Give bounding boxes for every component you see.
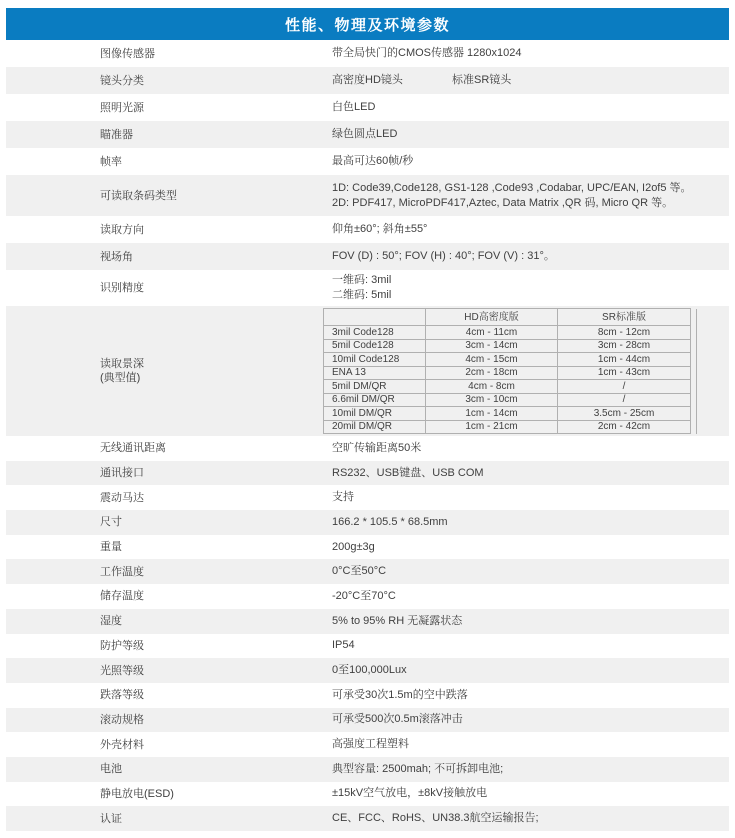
section-header-title: 性能、物理及环境参数 xyxy=(6,8,729,40)
depth-table-row: ENA 132cm - 18cm1cm - 43cm xyxy=(324,366,697,380)
spec-value: 166.2 * 105.5 * 68.5mm xyxy=(332,515,729,530)
spec-row: 视场角FOV (D) : 50°; FOV (H) : 40°; FOV (V)… xyxy=(6,243,729,270)
spec-value: 仰角±60°; 斜角±55° xyxy=(332,222,729,237)
spec-row: 跌落等级可承受30次1.5m的空中跌落 xyxy=(6,683,729,708)
spec-value: RS232、USB键盘、USB COM xyxy=(332,466,729,481)
depth-table-row: 6.6mil DM/QR3cm - 10cm/ xyxy=(324,393,697,407)
depth-table-cell: 3.5cm - 25cm xyxy=(558,407,691,421)
spec-value: 支持 xyxy=(332,490,729,505)
spec-label: 防护等级 xyxy=(6,639,332,653)
spec-label: 读取方向 xyxy=(6,223,332,237)
depth-table-row: 5mil Code1283cm - 14cm3cm - 28cm xyxy=(324,339,697,353)
depth-table-cell: 10mil Code128 xyxy=(324,353,426,367)
spec-row: 可读取条码类型1D: Code39,Code128, GS1-128 ,Code… xyxy=(6,175,729,216)
spec-label: 尺寸 xyxy=(6,515,332,529)
depth-table-cell: 2cm - 18cm xyxy=(426,366,558,380)
depth-table-cell: 6.6mil DM/QR xyxy=(324,393,426,407)
depth-table-cell: / xyxy=(558,380,691,394)
depth-table-spacer-cell xyxy=(691,366,697,380)
depth-of-field-table: HD高密度版SR标准版3mil Code1284cm - 11cm8cm - 1… xyxy=(323,308,697,434)
spec-value: 空旷传输距离50米 xyxy=(332,441,729,456)
spec-label: 震动马达 xyxy=(6,491,332,505)
spec-label: 电池 xyxy=(6,762,332,776)
depth-table-row: 10mil Code1284cm - 15cm1cm - 44cm xyxy=(324,353,697,367)
spec-row: 光照等级0至100,000Lux xyxy=(6,658,729,683)
spec-row: 震动马达支持 xyxy=(6,485,729,510)
spec-row: 工作温度0°C至50°C xyxy=(6,559,729,584)
spec-label: 视场角 xyxy=(6,250,332,264)
spec-label: 无线通讯距离 xyxy=(6,441,332,455)
depth-table-cell: ENA 13 xyxy=(324,366,426,380)
spec-value-item: 标准SR镜头 xyxy=(452,73,511,88)
spec-row: 防护等级IP54 xyxy=(6,634,729,659)
spec-label: 认证 xyxy=(6,812,332,826)
spec-value: 0°C至50°C xyxy=(332,564,729,579)
spec-value: 200g±3g xyxy=(332,540,729,555)
spec-value: 可承受500次0.5m滚落冲击 xyxy=(332,712,729,727)
spec-label: 工作温度 xyxy=(6,565,332,579)
depth-table-spacer-cell xyxy=(691,407,697,421)
depth-table-cell: 4cm - 8cm xyxy=(426,380,558,394)
spec-row: 瞄准器绿色圆点LED xyxy=(6,121,729,148)
spec-label: 帧率 xyxy=(6,155,332,169)
spec-row: 读取景深(典型值)HD高密度版SR标准版3mil Code1284cm - 11… xyxy=(6,306,729,436)
spec-value: 一维码: 3mil二维码: 5mil xyxy=(332,273,729,303)
depth-table-cell: 3cm - 10cm xyxy=(426,393,558,407)
depth-table-spacer-cell xyxy=(691,380,697,394)
depth-table-cell: 5mil Code128 xyxy=(324,339,426,353)
spec-value: 高密度HD镜头标准SR镜头 xyxy=(332,73,729,88)
depth-table-spacer-cell xyxy=(691,353,697,367)
depth-table-cell: 5mil DM/QR xyxy=(324,380,426,394)
depth-table-row: 10mil DM/QR1cm - 14cm3.5cm - 25cm xyxy=(324,407,697,421)
depth-table-cell: 1cm - 43cm xyxy=(558,366,691,380)
spec-value: 可承受30次1.5m的空中跌落 xyxy=(332,688,729,703)
spec-label: 可读取条码类型 xyxy=(6,189,332,203)
depth-table-cell: 2cm - 42cm xyxy=(558,420,691,434)
spec-value: 白色LED xyxy=(332,100,729,115)
spec-label: 瞄准器 xyxy=(6,128,332,142)
spec-row: 帧率最高可达60帧/秒 xyxy=(6,148,729,175)
depth-table-cell: 10mil DM/QR xyxy=(324,407,426,421)
depth-table-spacer-cell xyxy=(691,393,697,407)
depth-table-spacer-cell xyxy=(691,309,697,326)
depth-table-row: 3mil Code1284cm - 11cm8cm - 12cm xyxy=(324,326,697,340)
spec-label: 湿度 xyxy=(6,614,332,628)
spec-row: 图像传感器带全局快门的CMOS传感器 1280x1024 xyxy=(6,40,729,67)
spec-row: 储存温度-20°C至70°C xyxy=(6,584,729,609)
spec-value: 典型容量: 2500mah; 不可拆卸电池; xyxy=(332,762,729,777)
spec-value: 带全局快门的CMOS传感器 1280x1024 xyxy=(332,46,729,61)
spec-label: 识别精度 xyxy=(6,281,332,295)
spec-label: 通讯接口 xyxy=(6,466,332,480)
spec-row: 外壳材料高强度工程塑料 xyxy=(6,732,729,757)
depth-table-cell: / xyxy=(558,393,691,407)
depth-table-cell: 4cm - 15cm xyxy=(426,353,558,367)
spec-row: 镜头分类高密度HD镜头标准SR镜头 xyxy=(6,67,729,94)
depth-table-spacer-cell xyxy=(691,420,697,434)
depth-table-cell: 1cm - 21cm xyxy=(426,420,558,434)
depth-table-header-cell xyxy=(324,309,426,326)
spec-label: 静电放电(ESD) xyxy=(6,787,332,801)
depth-table-header-cell: SR标准版 xyxy=(558,309,691,326)
spec-row: 静电放电(ESD)±15kV空气放电，±8kV接触放电 xyxy=(6,782,729,807)
spec-row: 电池典型容量: 2500mah; 不可拆卸电池; xyxy=(6,757,729,782)
spec-row: 尺寸166.2 * 105.5 * 68.5mm xyxy=(6,510,729,535)
spec-value: -20°C至70°C xyxy=(332,589,729,604)
depth-table-header-row: HD高密度版SR标准版 xyxy=(324,309,697,326)
spec-label: 镜头分类 xyxy=(6,74,332,88)
spec-value: FOV (D) : 50°; FOV (H) : 40°; FOV (V) : … xyxy=(332,249,729,264)
depth-table-row: 20mil DM/QR1cm - 21cm2cm - 42cm xyxy=(324,420,697,434)
depth-table-spacer-cell xyxy=(691,326,697,340)
spec-value-line: 1D: Code39,Code128, GS1-128 ,Code93 ,Cod… xyxy=(332,181,729,196)
spec-label: 图像传感器 xyxy=(6,47,332,61)
spec-value-line: 二维码: 5mil xyxy=(332,288,729,303)
spec-label: 滚动规格 xyxy=(6,713,332,727)
spec-label-line: 读取景深 xyxy=(100,357,323,371)
spec-row: 重量200g±3g xyxy=(6,535,729,560)
spec-value: 绿色圆点LED xyxy=(332,127,729,142)
spec-label: 读取景深(典型值) xyxy=(6,357,323,385)
depth-table-cell: 1cm - 14cm xyxy=(426,407,558,421)
spec-row: 无线通讯距离空旷传输距离50米 xyxy=(6,436,729,461)
spec-value: CE、FCC、RoHS、UN38.3航空运输报告; xyxy=(332,811,729,826)
spec-value: 最高可达60帧/秒 xyxy=(332,154,729,169)
depth-table-cell: 8cm - 12cm xyxy=(558,326,691,340)
spec-row: 通讯接口RS232、USB键盘、USB COM xyxy=(6,461,729,486)
spec-row: 滚动规格可承受500次0.5m滚落冲击 xyxy=(6,708,729,733)
depth-table-cell: 3mil Code128 xyxy=(324,326,426,340)
depth-table-cell: 20mil DM/QR xyxy=(324,420,426,434)
spec-label: 外壳材料 xyxy=(6,738,332,752)
spec-row: 照明光源白色LED xyxy=(6,94,729,121)
depth-table-cell: 3cm - 28cm xyxy=(558,339,691,353)
spec-value-line: 2D: PDF417, MicroPDF417,Aztec, Data Matr… xyxy=(332,196,729,211)
spec-row: 识别精度一维码: 3mil二维码: 5mil xyxy=(6,270,729,306)
spec-value: 0至100,000Lux xyxy=(332,663,729,678)
spec-value: 1D: Code39,Code128, GS1-128 ,Code93 ,Cod… xyxy=(332,181,729,211)
spec-label: 光照等级 xyxy=(6,664,332,678)
spec-row: 认证CE、FCC、RoHS、UN38.3航空运输报告; xyxy=(6,806,729,831)
spec-label-line: (典型值) xyxy=(100,371,323,385)
spec-sheet: 性能、物理及环境参数 图像传感器带全局快门的CMOS传感器 1280x1024镜… xyxy=(0,0,735,831)
spec-value: IP54 xyxy=(332,638,729,653)
spec-label: 储存温度 xyxy=(6,589,332,603)
spec-value: 5% to 95% RH 无凝露状态 xyxy=(332,614,729,629)
spec-row: 读取方向仰角±60°; 斜角±55° xyxy=(6,216,729,243)
spec-value-item: 高密度HD镜头 xyxy=(332,73,452,88)
spec-label: 照明光源 xyxy=(6,101,332,115)
depth-table-cell: 4cm - 11cm xyxy=(426,326,558,340)
spec-label: 重量 xyxy=(6,540,332,554)
spec-value: ±15kV空气放电，±8kV接触放电 xyxy=(332,786,729,801)
depth-table-cell: 1cm - 44cm xyxy=(558,353,691,367)
spec-row: 湿度5% to 95% RH 无凝露状态 xyxy=(6,609,729,634)
spec-value-line: 一维码: 3mil xyxy=(332,273,729,288)
depth-table-cell: 3cm - 14cm xyxy=(426,339,558,353)
spec-rows: 图像传感器带全局快门的CMOS传感器 1280x1024镜头分类高密度HD镜头标… xyxy=(6,40,729,831)
spec-value: 高强度工程塑料 xyxy=(332,737,729,752)
spec-label: 跌落等级 xyxy=(6,688,332,702)
depth-table-header-cell: HD高密度版 xyxy=(426,309,558,326)
spec-value: HD高密度版SR标准版3mil Code1284cm - 11cm8cm - 1… xyxy=(323,308,729,434)
depth-table-spacer-cell xyxy=(691,339,697,353)
depth-table-row: 5mil DM/QR4cm - 8cm/ xyxy=(324,380,697,394)
